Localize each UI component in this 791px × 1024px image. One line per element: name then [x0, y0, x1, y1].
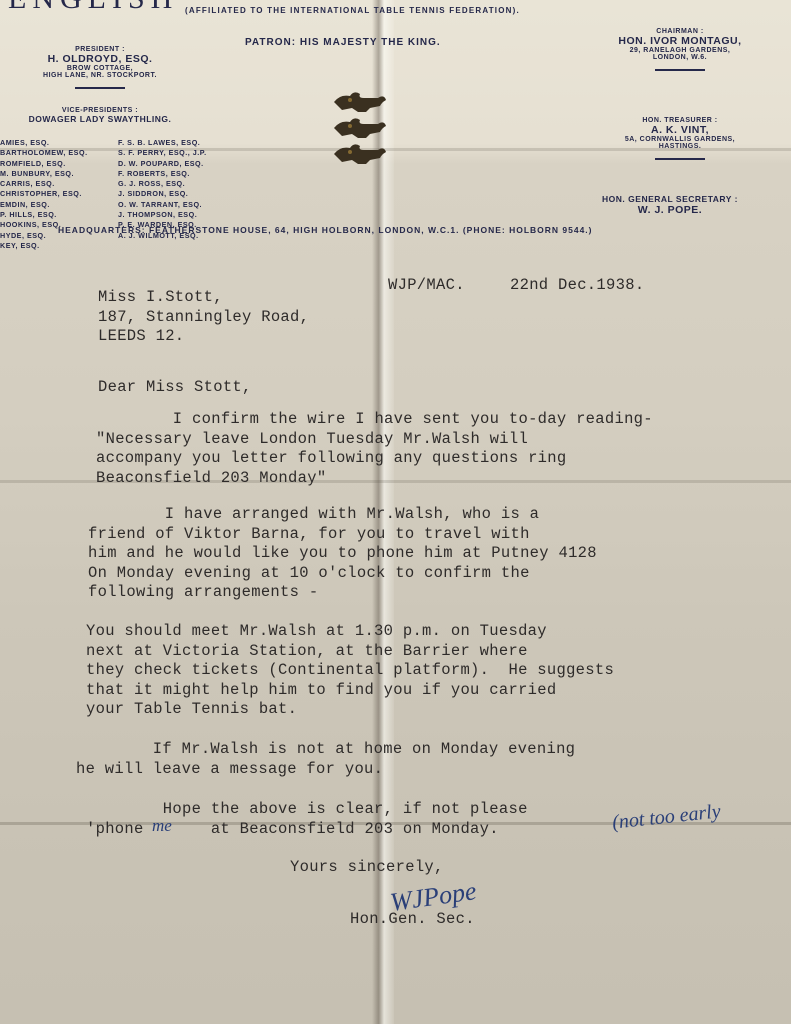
president-address-2: HIGH LANE, NR. STOCKPORT. [25, 72, 175, 79]
vice-president-name: BARTHOLOMEW, ESQ. [0, 148, 88, 158]
salutation: Dear Miss Stott, [98, 378, 252, 398]
vice-president-name: M. BUNBURY, ESQ. [0, 169, 88, 179]
treasurer-label: HON. TREASURER : [580, 117, 780, 124]
chairman-name: HON. IVOR MONTAGU, [585, 35, 775, 47]
handwritten-note: (not too early [611, 800, 722, 834]
reference-code: WJP/MAC. [388, 276, 465, 296]
vice-president-name: ROMFIELD, ESQ. [0, 159, 88, 169]
paragraph-arrangements: I have arranged with Mr.Walsh, who is a … [88, 505, 597, 603]
divider [655, 158, 705, 160]
vice-president-name: O. W. TARRANT, ESQ. [118, 200, 207, 210]
vice-president-name: J. SIDDRON, ESQ. [118, 189, 207, 199]
vice-president-name: D. W. POUPARD, ESQ. [118, 159, 207, 169]
chairman-address-1: 29, RANELAGH GARDENS, [585, 47, 775, 54]
president-block: PRESIDENT : H. OLDROYD, ESQ. BROW COTTAG… [25, 46, 175, 97]
treasurer-name: A. K. VINT, [580, 124, 780, 136]
vice-presidents-heading: VICE-PRESIDENTS : DOWAGER LADY SWAYTHLIN… [20, 107, 180, 124]
treasurer-block: HON. TREASURER : A. K. VINT, 5A, CORNWAL… [580, 117, 780, 168]
paragraph-message: If Mr.Walsh is not at home on Monday eve… [76, 740, 575, 779]
three-lions-crest-icon [328, 86, 388, 166]
divider [75, 87, 125, 89]
vice-president-name: S. F. PERRY, ESQ., J.P. [118, 148, 207, 158]
vice-president-name: F. ROBERTS, ESQ. [118, 169, 207, 179]
chairman-block: CHAIRMAN : HON. IVOR MONTAGU, 29, RANELA… [585, 28, 775, 79]
vice-president-name: AMIES, ESQ. [0, 138, 88, 148]
addressee-line: 187, Stanningley Road, [98, 308, 309, 328]
addressee-block: Miss I.Stott,187, Stanningley Road,LEEDS… [98, 288, 309, 347]
chairman-label: CHAIRMAN : [585, 28, 775, 35]
secretary-block: HON. GENERAL SECRETARY : W. J. POPE. [555, 194, 785, 216]
vice-president-name: EMDIN, ESQ. [0, 200, 88, 210]
handwritten-correction: me [152, 816, 172, 836]
treasurer-address-2: HASTINGS. [580, 143, 780, 150]
addressee-line: LEEDS 12. [98, 327, 309, 347]
president-label: PRESIDENT : [25, 46, 175, 53]
vice-president-name: CHRISTOPHER, ESQ. [0, 189, 88, 199]
vice-president-name: G. J. ROSS, ESQ. [118, 179, 207, 189]
affiliation-line: (AFFILIATED TO THE INTERNATIONAL TABLE T… [185, 6, 520, 15]
vice-president-name: CARRIS, ESQ. [0, 179, 88, 189]
paragraph-meeting: You should meet Mr.Walsh at 1.30 p.m. on… [86, 622, 614, 720]
vice-president-name: F. S. B. LAWES, ESQ. [118, 138, 207, 148]
president-address-1: BROW COTTAGE, [25, 65, 175, 72]
vice-president-name: J. THOMPSON, ESQ. [118, 210, 207, 220]
vice-president-name: P. HILLS, ESQ. [0, 210, 88, 220]
signatory-title: Hon.Gen. Sec. [350, 910, 475, 930]
secretary-label: HON. GENERAL SECRETARY : [555, 194, 785, 204]
president-name: H. OLDROYD, ESQ. [25, 53, 175, 65]
vice-presidents-lead: DOWAGER LADY SWAYTHLING. [20, 114, 180, 124]
paragraph-wire: I confirm the wire I have sent you to-da… [96, 410, 653, 488]
headquarters-line: HEADQUARTERS: FEATHERSTONE HOUSE, 64, HI… [58, 225, 593, 235]
letter-date: 22nd Dec.1938. [510, 276, 644, 296]
treasurer-address-1: 5A, CORNWALLIS GARDENS, [580, 136, 780, 143]
association-title: ENGLISH [8, 0, 178, 16]
divider [655, 69, 705, 71]
vice-presidents-label: VICE-PRESIDENTS : [20, 107, 180, 114]
patron-line: PATRON: HIS MAJESTY THE KING. [245, 37, 441, 48]
addressee-line: Miss I.Stott, [98, 288, 309, 308]
closing: Yours sincerely, [290, 858, 444, 878]
secretary-name: W. J. POPE. [555, 204, 785, 216]
chairman-address-2: LONDON, W.6. [585, 54, 775, 61]
vice-president-name: KEY, ESQ. [0, 241, 88, 251]
